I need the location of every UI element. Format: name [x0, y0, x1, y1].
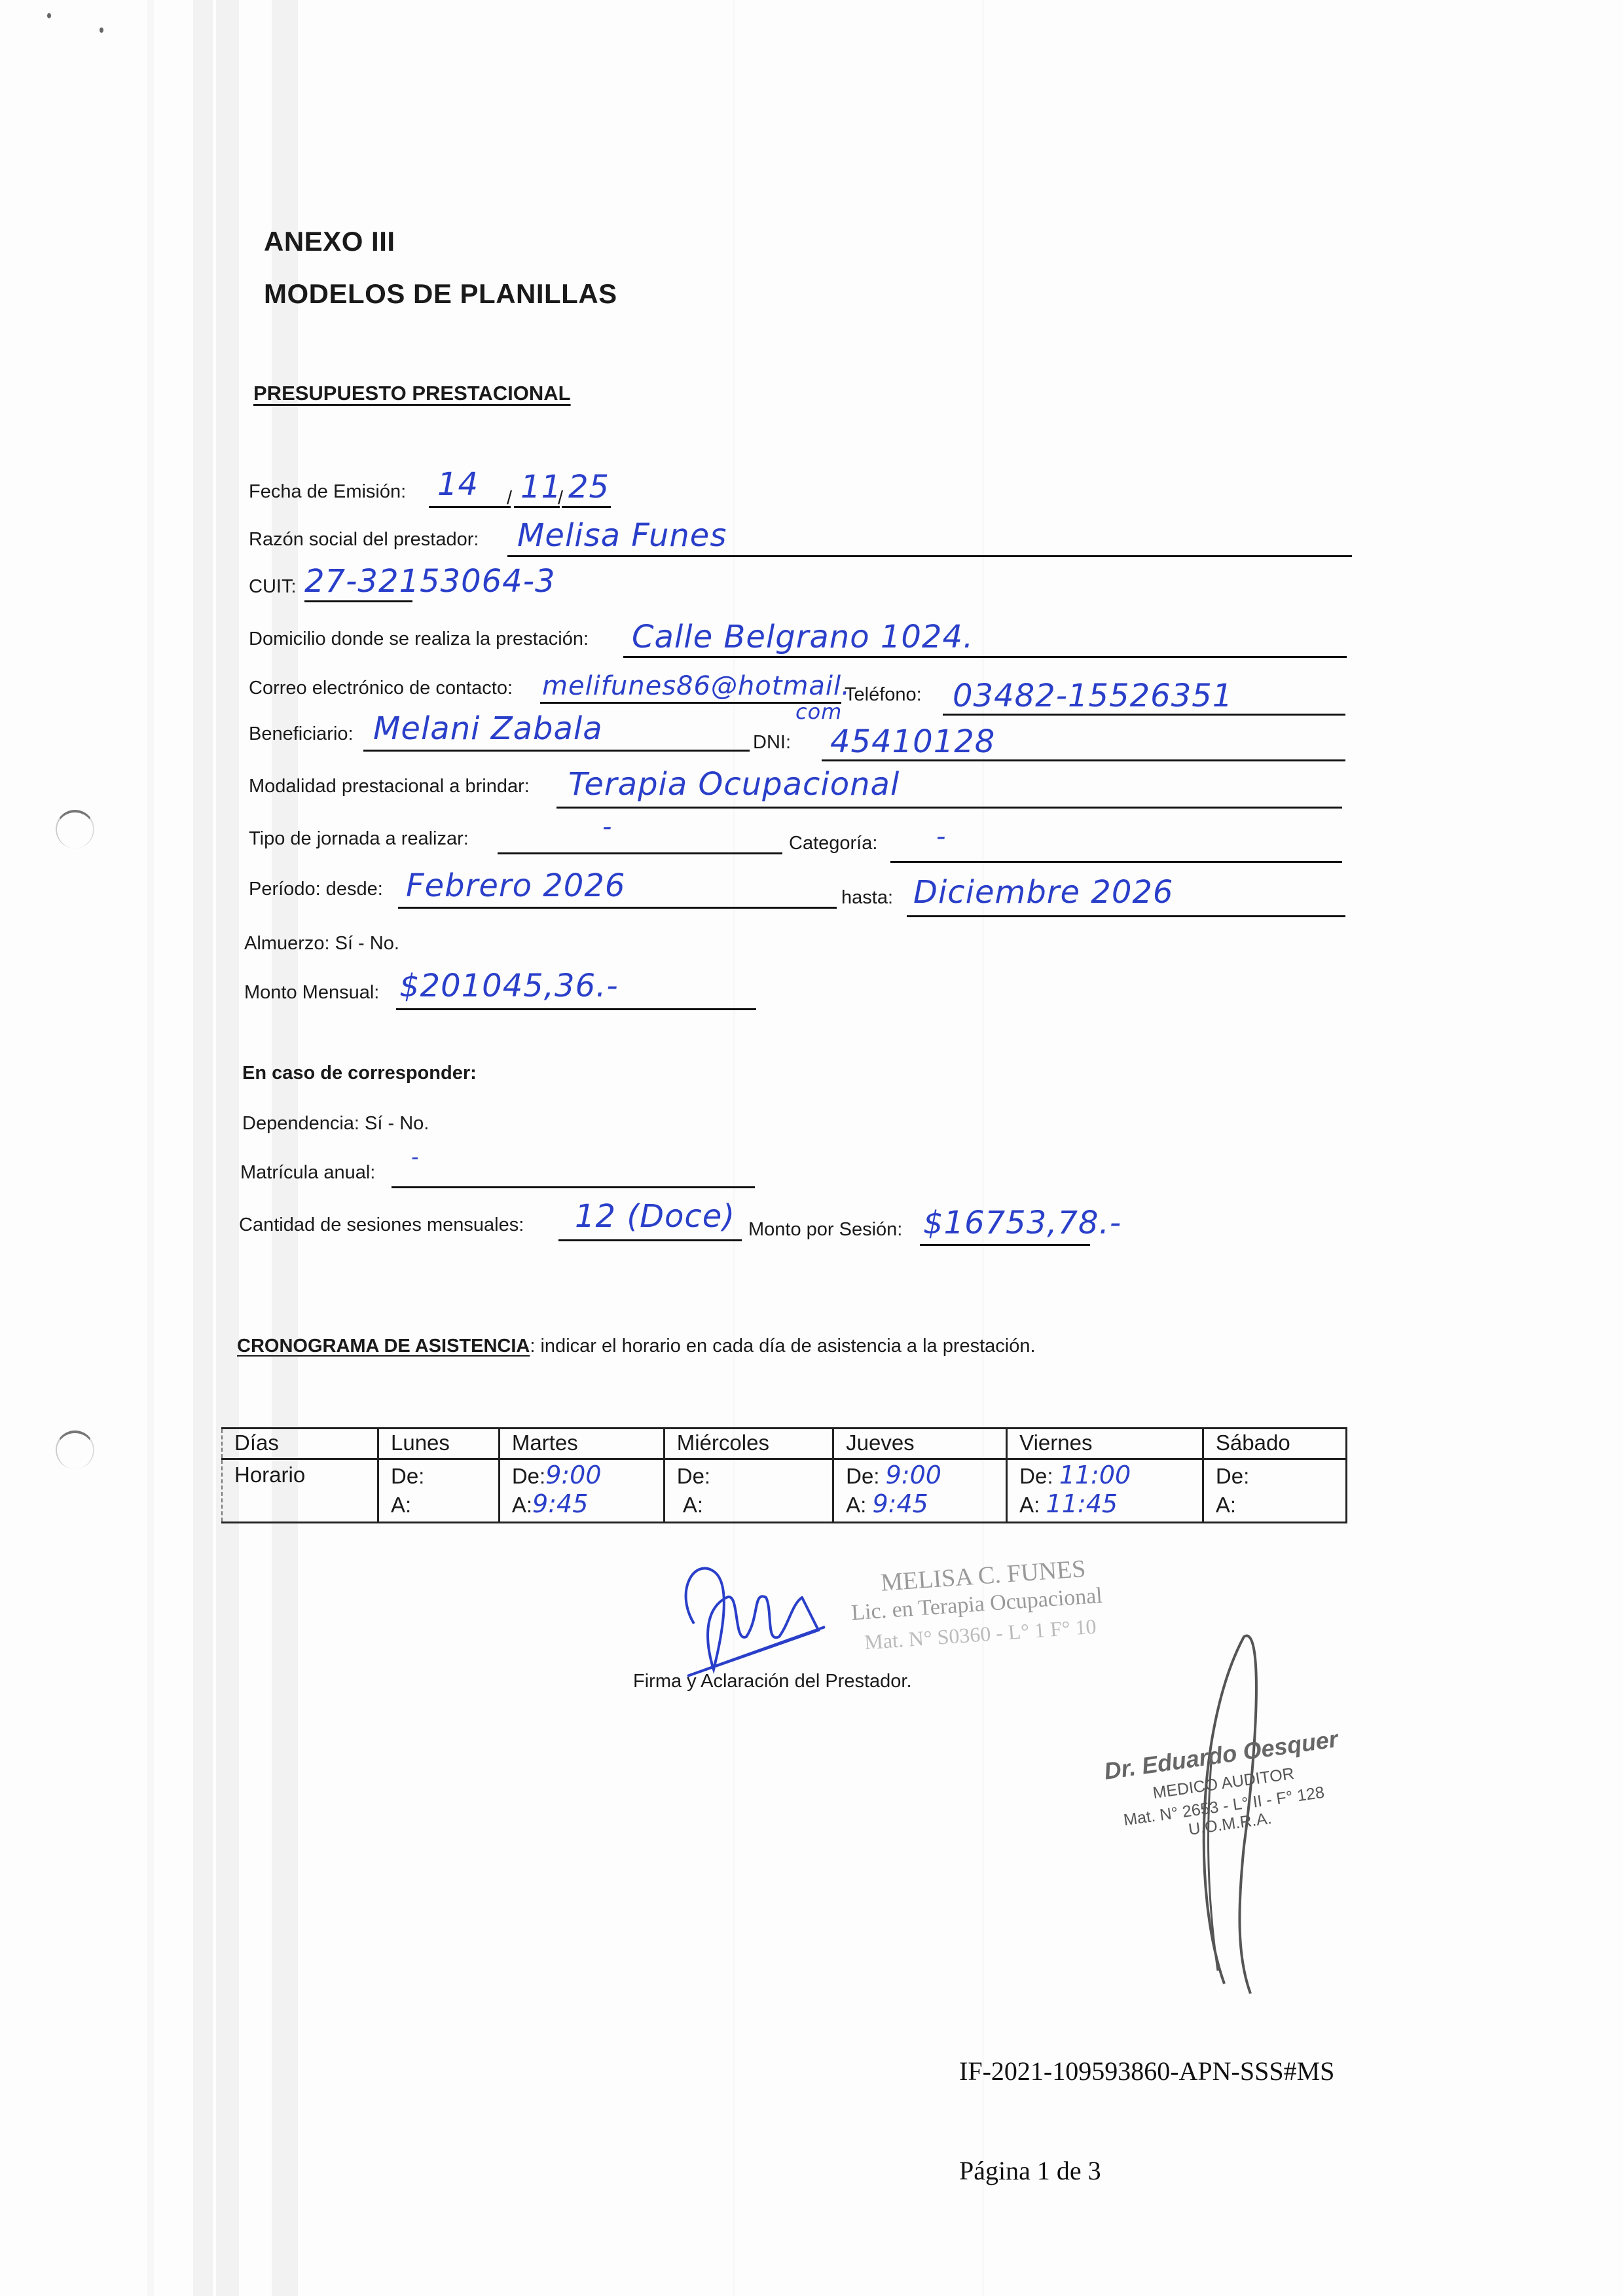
- day-header: Miércoles: [664, 1429, 833, 1459]
- correo-label: Correo electrónico de contacto:: [249, 678, 513, 699]
- signature-caption: Firma y Aclaración del Prestador.: [633, 1671, 912, 1692]
- telefono-field[interactable]: 03482-15526351: [953, 678, 1233, 714]
- time-from: 11:00: [1059, 1461, 1131, 1489]
- dependencia-option[interactable]: Dependencia: Sí - No.: [242, 1113, 429, 1135]
- fecha-month-field[interactable]: 11: [520, 469, 562, 505]
- time-from: 9:00: [545, 1461, 601, 1489]
- categoria-field[interactable]: -: [936, 822, 946, 852]
- fecha-year-field[interactable]: 25: [568, 469, 610, 505]
- sesiones-field[interactable]: 12 (Doce): [575, 1198, 735, 1235]
- day-header: Sábado: [1203, 1429, 1346, 1459]
- razon-social-label: Razón social del prestador:: [249, 529, 479, 551]
- scan-streak: [216, 0, 239, 2296]
- cronograma-title: CRONOGRAMA DE ASISTENCIA: [237, 1336, 530, 1357]
- time-to: 11:45: [1046, 1489, 1118, 1518]
- razon-social-field[interactable]: Melisa Funes: [517, 517, 727, 554]
- beneficiario-label: Beneficiario:: [249, 723, 354, 745]
- correo-field[interactable]: melifunes86@hotmail.: [542, 671, 850, 701]
- days-row: Días Lunes Martes Miércoles Jueves Viern…: [222, 1429, 1347, 1459]
- correo-field-continuation: com: [795, 699, 842, 724]
- fecha-day-field[interactable]: 14: [437, 466, 479, 503]
- categoria-label: Categoría:: [789, 833, 877, 854]
- scan-streak: [982, 0, 984, 2296]
- time-cell[interactable]: De:9:00A:9:45: [499, 1459, 664, 1523]
- day-header: Viernes: [1007, 1429, 1203, 1459]
- section-title: PRESUPUESTO PRESTACIONAL: [253, 382, 571, 405]
- tipo-jornada-label: Tipo de jornada a realizar:: [249, 828, 469, 850]
- scan-streak: [147, 0, 154, 2296]
- day-header: Jueves: [833, 1429, 1007, 1459]
- modalidad-label: Modalidad prestacional a brindar:: [249, 776, 530, 797]
- scan-speck: [100, 27, 103, 33]
- periodo-label: Período: desde:: [249, 879, 383, 900]
- monto-sesion-field[interactable]: $16753,78.-: [923, 1205, 1122, 1241]
- document-title: MODELOS DE PLANILLAS: [264, 278, 617, 310]
- cronograma-table: Días Lunes Martes Miércoles Jueves Viern…: [221, 1427, 1347, 1523]
- day-header: Lunes: [378, 1429, 500, 1459]
- cronograma-instruction: : indicar el horario en cada día de asis…: [530, 1336, 1035, 1357]
- cuit-field[interactable]: 27-32153064-3: [304, 563, 556, 600]
- row-header-hours: Horario: [222, 1459, 378, 1523]
- periodo-hasta-field[interactable]: Diciembre 2026: [913, 874, 1173, 911]
- scan-streak: [733, 0, 735, 2296]
- time-cell[interactable]: De: 11:00A: 11:45: [1007, 1459, 1203, 1523]
- time-to: 9:45: [532, 1489, 588, 1518]
- scan-streak: [193, 0, 213, 2296]
- time-cell[interactable]: De: A:: [378, 1459, 500, 1523]
- dni-field[interactable]: 45410128: [830, 723, 995, 760]
- periodo-desde-field[interactable]: Febrero 2026: [406, 867, 625, 904]
- almuerzo-option[interactable]: Almuerzo: Sí - No.: [244, 933, 399, 955]
- domicilio-field[interactable]: Calle Belgrano 1024.: [632, 619, 974, 655]
- en-caso-heading: En caso de corresponder:: [242, 1063, 477, 1084]
- modalidad-field[interactable]: Terapia Ocupacional: [568, 766, 900, 803]
- sesiones-label: Cantidad de sesiones mensuales:: [239, 1214, 524, 1236]
- time-cell[interactable]: De: A:: [664, 1459, 833, 1523]
- time-from: 9:00: [886, 1461, 941, 1489]
- dni-label: DNI:: [753, 732, 791, 754]
- matricula-label: Matrícula anual:: [240, 1162, 375, 1184]
- document-id: IF-2021-109593860-APN-SSS#MS: [959, 2056, 1334, 2086]
- monto-mensual-label: Monto Mensual:: [244, 982, 379, 1004]
- scan-speck: [47, 13, 51, 18]
- row-header-days: Días: [222, 1429, 378, 1459]
- matricula-field[interactable]: -: [411, 1144, 420, 1169]
- day-header: Martes: [499, 1429, 664, 1459]
- time-cell[interactable]: De: 9:00A: 9:45: [833, 1459, 1007, 1523]
- punch-hole: [56, 810, 94, 848]
- scan-streak: [272, 0, 298, 2296]
- time-cell[interactable]: De: A:: [1203, 1459, 1346, 1523]
- beneficiario-field[interactable]: Melani Zabala: [373, 710, 603, 747]
- page-number: Página 1 de 3: [959, 2155, 1101, 2186]
- punch-hole: [56, 1430, 94, 1469]
- telefono-label: Teléfono:: [845, 684, 922, 706]
- domicilio-label: Domicilio donde se realiza la prestación…: [249, 629, 589, 650]
- monto-mensual-field[interactable]: $201045,36.-: [399, 968, 619, 1004]
- cuit-label: CUIT:: [249, 576, 297, 598]
- fecha-label: Fecha de Emisión:: [249, 481, 406, 503]
- monto-sesion-label: Monto por Sesión:: [748, 1219, 902, 1241]
- periodo-hasta-label: hasta:: [841, 887, 893, 909]
- time-to: 9:45: [872, 1489, 928, 1518]
- hours-row: Horario De: A: De:9:00A:9:45 De: A: De: …: [222, 1459, 1347, 1523]
- annex-title: ANEXO III: [264, 226, 395, 257]
- tipo-jornada-field[interactable]: -: [602, 812, 612, 842]
